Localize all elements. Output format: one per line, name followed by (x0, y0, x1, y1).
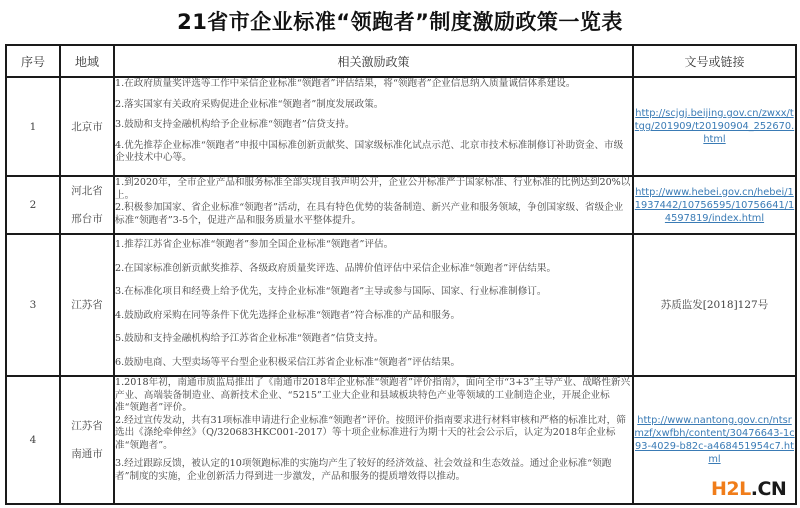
row-policies: 1.推荐江苏省企业标准“领跑者”参加全国企业标准“领跑者”评估。 2.在国家标准… (114, 234, 633, 376)
watermark-h2l: H2L (711, 478, 751, 500)
policy-link[interactable]: http://www.hebei.gov.cn/hebei/11937442/1… (635, 187, 795, 224)
row-index: 3 (6, 234, 60, 376)
row-index: 2 (6, 176, 60, 234)
site-watermark-logo: H2L.CN (711, 478, 786, 500)
page-title: 21省市企业标准“领跑者”制度激励政策一览表 (0, 6, 800, 36)
policy-link[interactable]: http://scjgj.beijing.gov.cn/zwxx/ttgg/20… (635, 108, 794, 145)
policy-item: 1.推荐江苏省企业标准“领跑者”参加全国企业标准“领跑者”评估。 (115, 239, 632, 252)
region-line: 河北省 (61, 177, 113, 205)
row-region: 江苏省 (60, 234, 114, 376)
policy-item: 2.在国家标准创新贡献奖推荐、各级政府质量奖评选、品牌价值评估中采信企业标准“领… (115, 263, 632, 276)
row-region: 河北省 邢台市 (60, 176, 114, 234)
header-region: 地域 (60, 45, 114, 77)
row-link-cell: 苏质监发[2018]127号 (633, 234, 796, 376)
row-region: 江苏省 南通市 (60, 376, 114, 504)
policy-item: 1.到2020年，全市企业产品和服务标准全部实现自我声明公开，企业公开标准严于国… (115, 177, 632, 202)
row-region: 北京市 (60, 77, 114, 176)
policy-item: 6.鼓励电商、大型卖场等平台型企业积极采信江苏省企业标准“领跑者”评估结果。 (115, 357, 632, 370)
policy-item: 3.鼓励和支持金融机构给予企业标准“领跑者”信贷支持。 (115, 119, 632, 132)
table-row: 1 北京市 1.在政府质量奖评选等工作中采信企业标准“领跑者”评估结果，将“领跑… (6, 77, 796, 176)
region-line: 邢台市 (61, 205, 113, 233)
region-line: 北京市 (61, 113, 113, 141)
policy-item: 4.优先推荐企业标准“领跑者”申报中国标准创新贡献奖、国家级标准化试点示范、北京… (115, 140, 632, 165)
policy-item: 5.鼓励和支持金融机构给予江苏省企业标准“领跑者”信贷支持。 (115, 333, 632, 346)
row-index: 4 (6, 376, 60, 504)
row-link-cell: http://scjgj.beijing.gov.cn/zwxx/ttgg/20… (633, 77, 796, 176)
policy-item: 2.经过宣传发动，共有31项标准申请进行企业标准“领跑者”评价。按照评价指南要求… (115, 415, 632, 453)
row-policies: 1.2018年初，南通市质监局推出了《南通市2018年企业标准“领跑者”评价指南… (114, 376, 633, 504)
policy-item: 2.落实国家有关政府采购促进企业标准“领跑者”制度发展政策。 (115, 99, 632, 112)
table-header-row: 序号 地域 相关激励政策 文号或链接 (6, 45, 796, 77)
region-line: 江苏省 (61, 412, 113, 440)
table-row: 2 河北省 邢台市 1.到2020年，全市企业产品和服务标准全部实现自我声明公开… (6, 176, 796, 234)
watermark-cn: .CN (751, 478, 787, 500)
policy-link[interactable]: http://www.nantong.gov.cn/ntsrmzf/xwfbh/… (634, 415, 794, 465)
table-row: 4 江苏省 南通市 1.2018年初，南通市质监局推出了《南通市2018年企业标… (6, 376, 796, 504)
policy-item: 1.在政府质量奖评选等工作中采信企业标准“领跑者”评估结果，将“领跑者”企业信息… (115, 78, 632, 91)
policy-table: 序号 地域 相关激励政策 文号或链接 1 北京市 1.在政府质量奖评选等工作中采… (5, 44, 797, 505)
policy-item: 2.积极参加国家、省企业标准“领跑者”活动，在具有特色优势的装备制造、新兴产业和… (115, 202, 632, 227)
region-line: 南通市 (61, 440, 113, 468)
policy-item: 3.在标准化项目和经费上给予优先，支持企业标准“领跑者”主导或参与国际、国家、行… (115, 286, 632, 299)
document-number: 苏质监发[2018]127号 (661, 299, 768, 311)
policy-item: 1.2018年初，南通市质监局推出了《南通市2018年企业标准“领跑者”评价指南… (115, 377, 632, 415)
header-index: 序号 (6, 45, 60, 77)
row-index: 1 (6, 77, 60, 176)
policy-item: 3.经过跟踪反馈，被认定的10项领跑标准的实施均产生了较好的经济效益、社会效益和… (115, 458, 632, 483)
table-row: 3 江苏省 1.推荐江苏省企业标准“领跑者”参加全国企业标准“领跑者”评估。 2… (6, 234, 796, 376)
row-policies: 1.到2020年，全市企业产品和服务标准全部实现自我声明公开，企业公开标准严于国… (114, 176, 633, 234)
row-policies: 1.在政府质量奖评选等工作中采信企业标准“领跑者”评估结果，将“领跑者”企业信息… (114, 77, 633, 176)
header-link: 文号或链接 (633, 45, 796, 77)
region-line: 江苏省 (61, 291, 113, 319)
header-policies: 相关激励政策 (114, 45, 633, 77)
row-link-cell: http://www.hebei.gov.cn/hebei/11937442/1… (633, 176, 796, 234)
policy-item: 4.鼓励政府采购在同等条件下优先选择企业标准“领跑者”符合标准的产品和服务。 (115, 310, 632, 323)
